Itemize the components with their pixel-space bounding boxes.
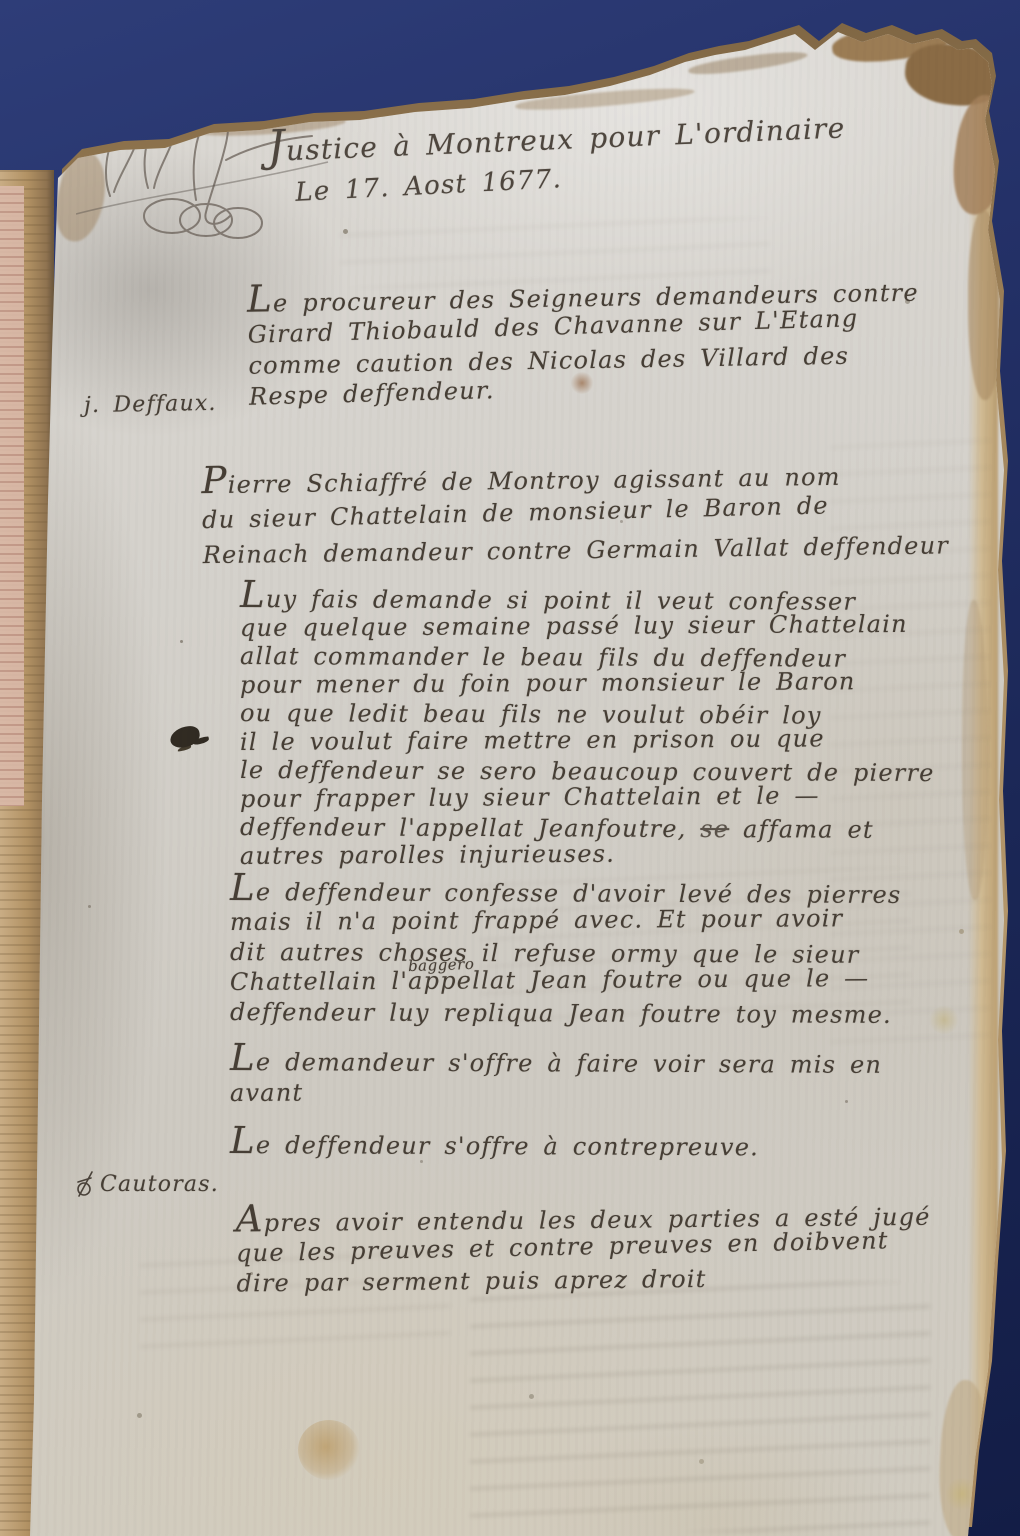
struck-word: se — [700, 815, 729, 843]
margin-paraph-icon — [76, 1170, 96, 1198]
text-line: du sieur Chattelain de monsieur le Baron… — [202, 484, 1020, 538]
text-line: Reinach demandeur contre Germain Vallat … — [202, 527, 1020, 573]
paragraph-1: Le procureur des Seigneurs demandeurs co… — [247, 268, 990, 412]
torn-edge — [962, 600, 988, 900]
text-line: pour frapper luy sieur Chattelain et le … — [240, 780, 1000, 813]
text-line: le deffendeur se sero beaucoup couvert d… — [240, 756, 1000, 788]
ink-blot — [168, 724, 202, 750]
interlinear-insertion: baggero — [407, 949, 474, 981]
text-line: il le voulut faire mettre en prison ou q… — [240, 723, 1000, 756]
manuscript-page: Justice à Montreux pour L'ordinaire Le 1… — [0, 0, 1020, 1536]
text-line: Le deffendeur confesse d'avoir levé des … — [230, 872, 1000, 910]
text-line: dit autres choses il refuse ormy que le … — [230, 937, 1000, 970]
show-through-text — [480, 868, 910, 1028]
margin-note-label: Cautoras. — [100, 1172, 219, 1197]
text-line: ou que ledit beau fils ne voulut obéir l… — [240, 699, 1000, 731]
text-line: Respe deffendeur. — [249, 362, 990, 413]
text-line: avant — [230, 1073, 980, 1109]
text-line: Le demandeur s'offre à faire voir sera m… — [230, 1042, 980, 1081]
torn-edge — [49, 148, 113, 246]
text-line: comme caution des Nicolas des Villard de… — [248, 338, 988, 381]
text-line: Apres avoir entendu les deux parties a e… — [235, 1196, 1015, 1238]
text-line: Pierre Schiaffré de Montroy agissant au … — [201, 452, 1020, 503]
text-line: Luy fais demande si point il veut confes… — [240, 580, 1000, 617]
text-line: deffendeur l'appellat Jeanfoutre, se aff… — [240, 813, 1000, 845]
paragraph-7: Apres avoir entendu les deux parties a e… — [235, 1193, 1016, 1299]
text-run: deffendeur l'appellat Jeanfoutre, — [240, 813, 700, 843]
paper-stain — [570, 372, 594, 394]
text-line: que quelque semaine passé luy sieur Chat… — [240, 609, 1000, 642]
paper-specks — [0, 0, 3, 3]
text-line: Chattellain l'appellat Jean foutre ou qu… — [230, 962, 1000, 997]
text-line: Le procureur des Seigneurs demandeurs co… — [247, 271, 987, 319]
text-line: autres parolles injurieuses. — [240, 837, 1000, 870]
previous-page-sliver — [0, 186, 24, 806]
text-line: que les preuves et contre preuves en doi… — [236, 1223, 1016, 1269]
paragraph-2: Pierre Schiaffré de Montroy agissant au … — [201, 449, 1020, 573]
text-line: pour mener du foin pour monsieur le Baro… — [240, 666, 1000, 699]
paper-stain — [928, 1006, 960, 1034]
paper-stain — [298, 1420, 360, 1480]
text-line: Girard Thiobauld des Chavanne sur L'Etan… — [247, 300, 988, 351]
header-date: Le 17. Aost 1677. — [294, 141, 889, 214]
margin-note-defaut: j. Deffaux. — [84, 391, 217, 418]
paragraph-6: Le deffendeur s'offre à contrepreuve. — [230, 1118, 980, 1162]
paragraph-4: Le deffendeur confesse d'avoir levé des … — [230, 872, 1000, 1027]
torn-edge — [947, 92, 1015, 218]
text-line: allat commander le beau fils du deffende… — [240, 642, 1000, 674]
show-through-text — [470, 1282, 930, 1532]
torn-edge — [515, 84, 696, 114]
margin-note-sentence: Cautoras. — [76, 1170, 219, 1198]
show-through-text — [830, 430, 990, 1050]
paragraph-5: Le demandeur s'offre à faire voir sera m… — [230, 1042, 980, 1109]
text-line: Le deffendeur s'offre à contrepreuve. — [230, 1118, 980, 1165]
show-through-text — [340, 218, 770, 288]
text-run: affama et — [729, 815, 874, 844]
text-line: mais il n'a point frappé avec. Et pour a… — [230, 902, 1000, 937]
text-line: deffendeur luy repliqua Jean foutre toy … — [230, 997, 1000, 1030]
text-line: dire par serment puis aprez droit — [236, 1261, 1016, 1298]
paragraph-3: Luy fais demande si point il veut confes… — [240, 580, 1000, 870]
show-through-text — [140, 1248, 450, 1358]
